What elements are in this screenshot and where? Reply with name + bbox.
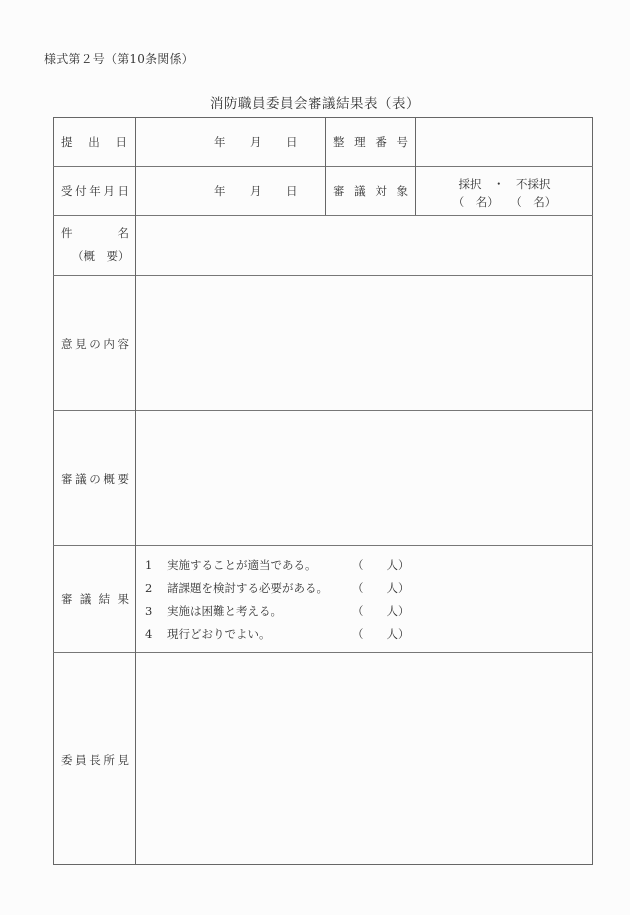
row-divider — [53, 275, 593, 276]
review-target-label: 審 議 対 象 — [333, 183, 408, 199]
row-divider — [53, 545, 593, 546]
review-result-count-4[interactable]: （ 人） — [352, 626, 410, 642]
review-result-item-4: 4 現行どおりでよい。 （ 人） — [145, 626, 410, 642]
received-date-field[interactable]: 年 月 日 — [214, 183, 298, 199]
chair-opinion-label: 委 員 長 所 見 — [61, 752, 129, 768]
row-divider — [53, 410, 593, 411]
page-title: 消防職員委員会審議結果表（表） — [0, 92, 630, 112]
review-target-options: 採択 ・ 不採択 — [416, 176, 593, 192]
row-divider — [53, 215, 593, 216]
row-divider — [53, 652, 593, 653]
review-target-counts[interactable]: （ 名） （ 名） — [416, 194, 593, 210]
subject-field[interactable] — [140, 222, 588, 270]
submission-date-field[interactable]: 年 月 日 — [214, 134, 298, 150]
review-result-item-1: 1 実施することが適当である。 （ 人） — [145, 557, 410, 573]
review-result-label: 審 議 結 果 — [61, 591, 129, 607]
review-result-count-3[interactable]: （ 人） — [352, 603, 410, 619]
row-divider — [53, 166, 593, 167]
subject-label-line1: 件 名 — [61, 225, 129, 241]
chair-opinion-field[interactable] — [140, 659, 588, 859]
subject-label-line2: （概 要） — [72, 248, 130, 264]
form-number: 様式第２号（第10条関係） — [44, 50, 194, 67]
column-divider — [325, 117, 326, 215]
review-result-item-3: 3 実施は困難と考える。 （ 人） — [145, 603, 410, 619]
review-result-item-2: 2 諸課題を検討する必要がある。 （ 人） — [145, 580, 410, 596]
review-result-count-2[interactable]: （ 人） — [352, 580, 410, 596]
reference-number-label: 整 理 番 号 — [333, 134, 408, 150]
review-summary-label: 審 議 の 概 要 — [61, 471, 129, 487]
opinion-field[interactable] — [140, 282, 588, 404]
column-divider — [135, 117, 136, 865]
reference-number-field[interactable] — [420, 134, 588, 150]
review-summary-field[interactable] — [140, 417, 588, 539]
received-date-label: 受 付 年 月 日 — [61, 183, 129, 199]
submission-date-label: 提 出 日 — [61, 134, 127, 150]
review-result-count-1[interactable]: （ 人） — [352, 557, 410, 573]
opinion-label: 意 見 の 内 容 — [61, 336, 129, 352]
